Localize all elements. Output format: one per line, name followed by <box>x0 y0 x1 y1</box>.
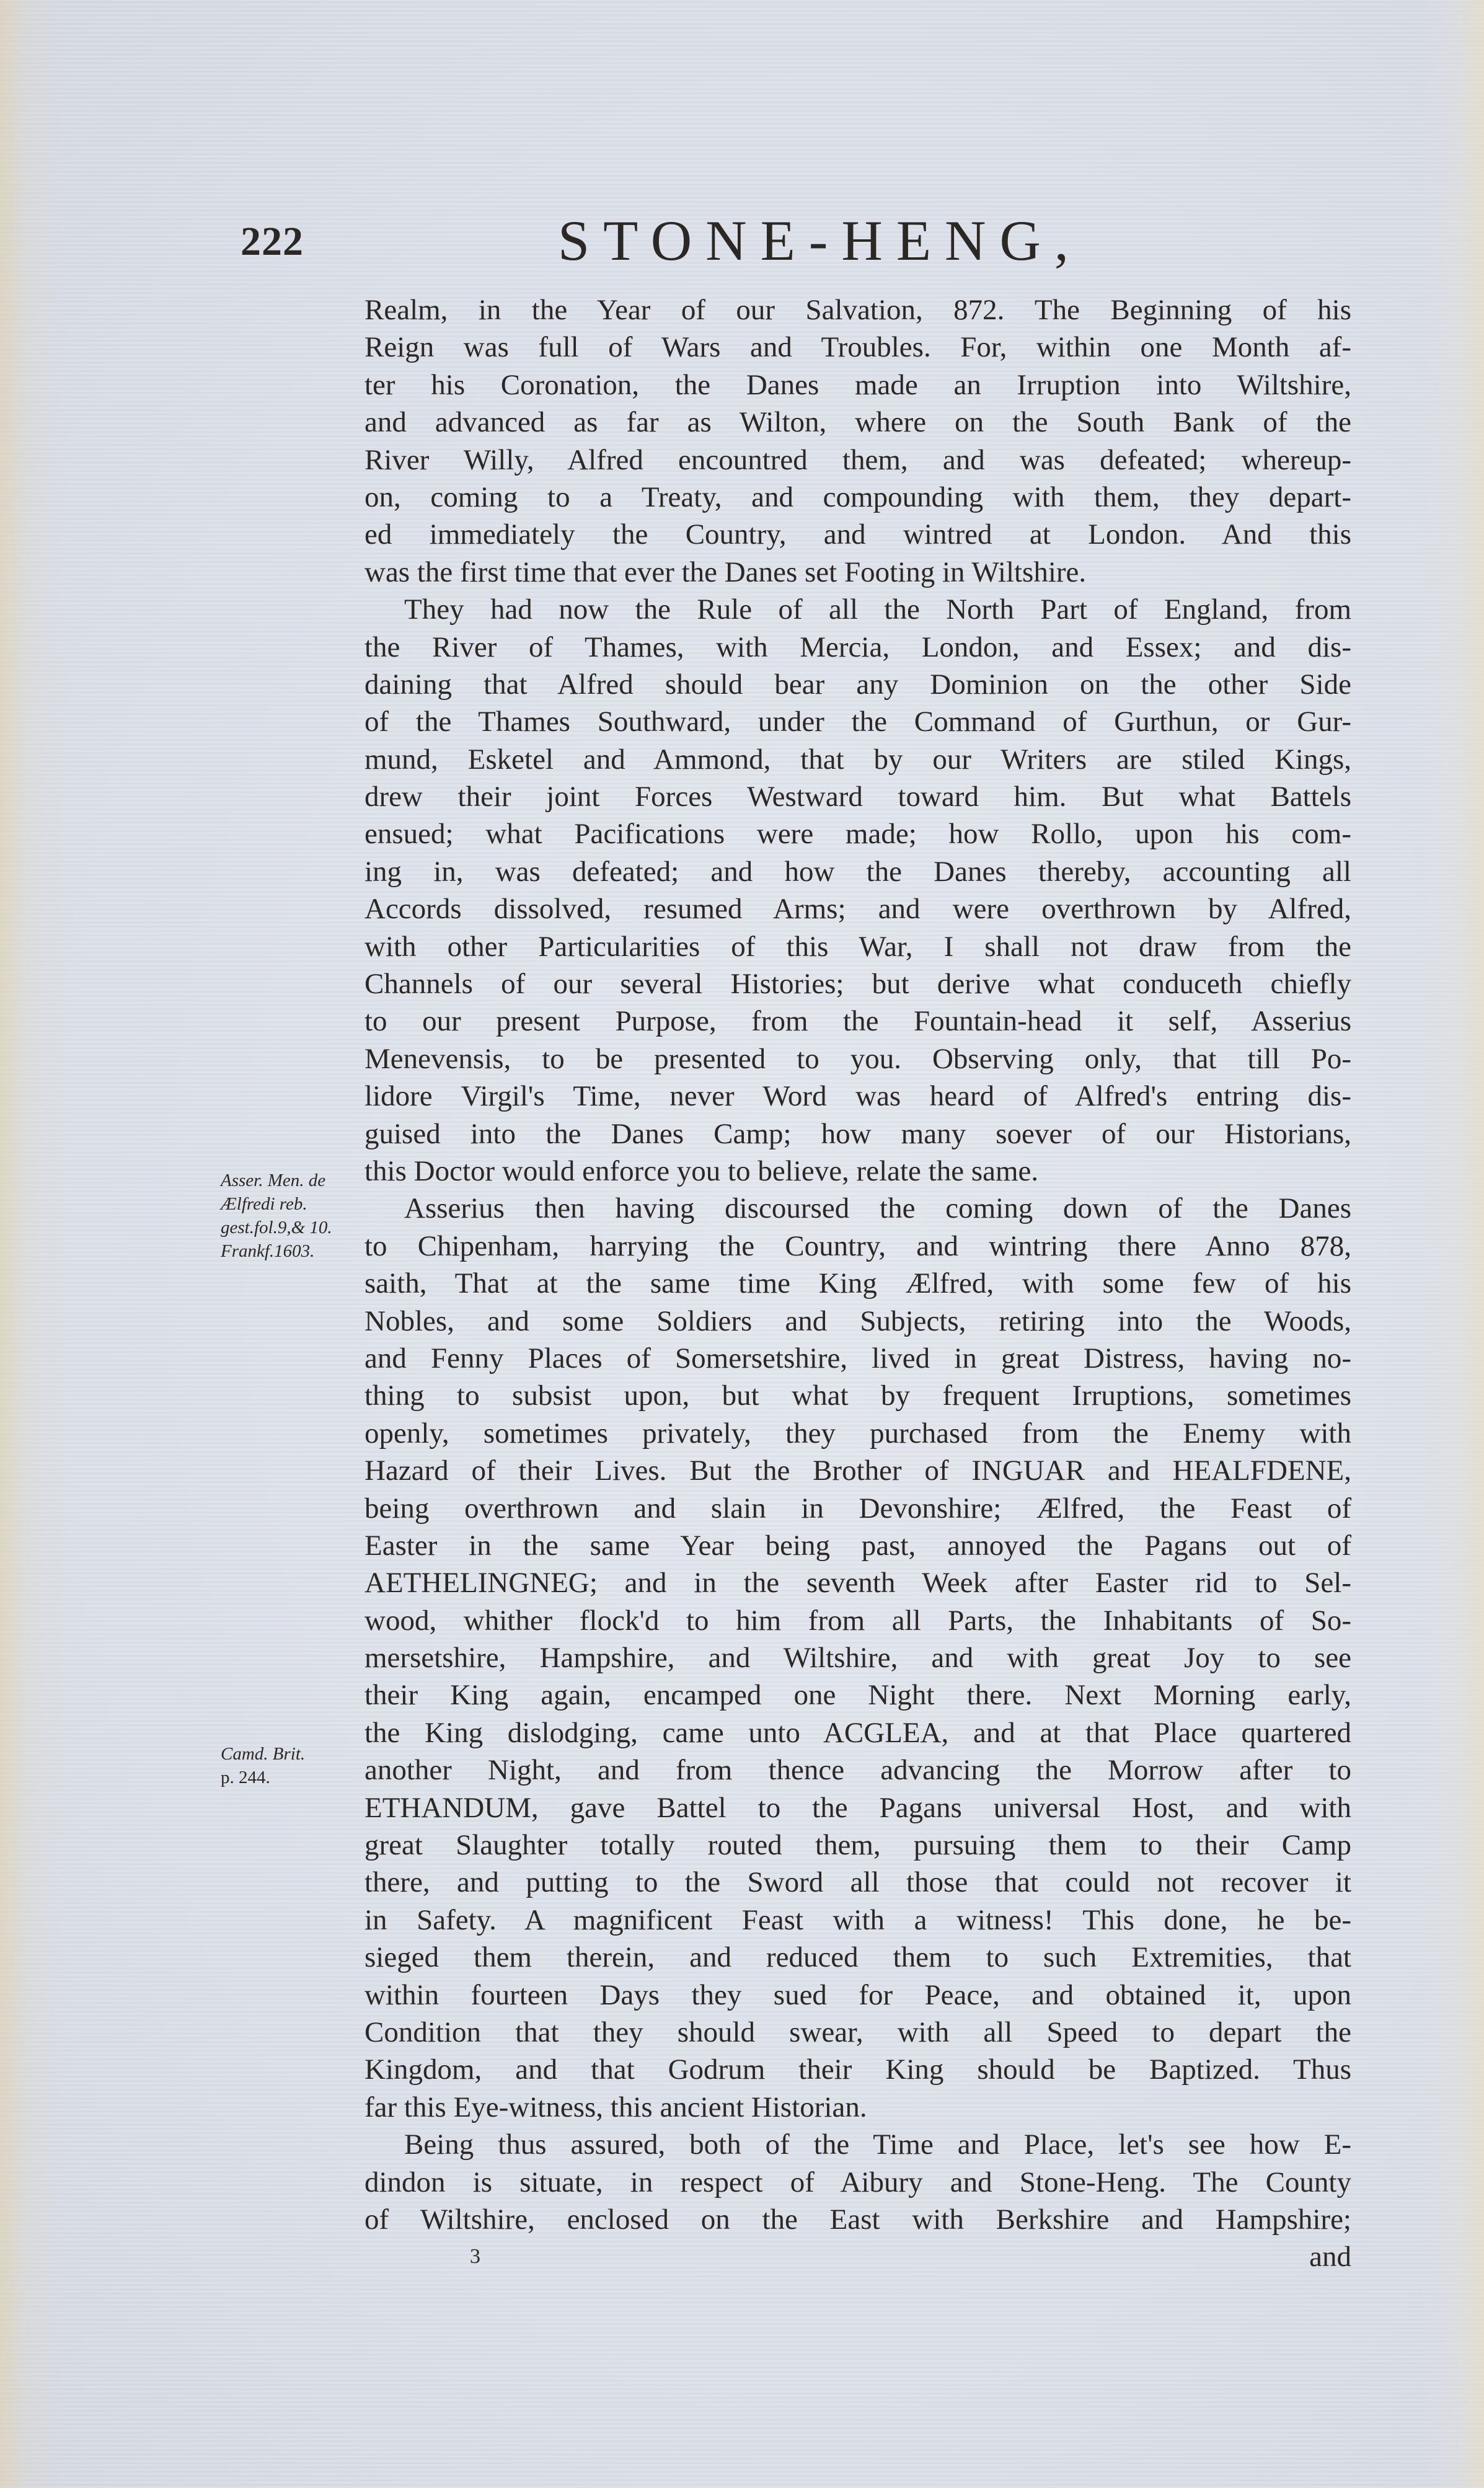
text-line: there, and putting to the Sword all thos… <box>364 1864 1351 1901</box>
text-line: Channels of our several Histories; but d… <box>364 965 1351 1003</box>
catchword-line: 3 and <box>364 2238 1351 2275</box>
text-line: Reign was full of Wars and Troubles. For… <box>364 329 1351 366</box>
text-line: ing in, was defeated; and how the Danes … <box>364 853 1351 890</box>
margin-note-line: p. 244. <box>221 1766 363 1789</box>
text-line: Kingdom, and that Godrum their King shou… <box>364 2051 1351 2088</box>
paragraph-start-line: They had now the Rule of all the North P… <box>364 591 1351 628</box>
text-line: and Fenny Places of Somersetshire, lived… <box>364 1340 1351 1377</box>
text-line: mund, Esketel and Ammond, that by our Wr… <box>364 741 1351 778</box>
margin-note-line: Frankf.1603. <box>221 1239 363 1263</box>
text-line: of Wiltshire, enclosed on the East with … <box>364 2201 1351 2238</box>
text-line: Realm, in the Year of our Salvation, 872… <box>364 291 1351 329</box>
text-line: another Night, and from thence advancing… <box>364 1751 1351 1789</box>
text-line: their King again, encamped one Night the… <box>364 1676 1351 1714</box>
text-line: of the Thames Southward, under the Comma… <box>364 703 1351 740</box>
paragraph-start-line: Asserius then having discoursed the comi… <box>364 1190 1351 1227</box>
text-line: the River of Thames, with Mercia, London… <box>364 629 1351 666</box>
margin-note-line: gest.fol.9,& 10. <box>221 1216 363 1239</box>
text-line: drew their joint Forces Westward toward … <box>364 778 1351 815</box>
text-line: this Doctor would enforce you to believe… <box>364 1153 1351 1190</box>
text-line: and advanced as far as Wilton, where on … <box>364 404 1351 441</box>
text-line: within fourteen Days they sued for Peace… <box>364 1977 1351 2014</box>
text-line: Condition that they should swear, with a… <box>364 2014 1351 2051</box>
text-line: being overthrown and slain in Devonshire… <box>364 1490 1351 1527</box>
text-line: Menevensis, to be presented to you. Obse… <box>364 1040 1351 1078</box>
body-text: Realm, in the Year of our Salvation, 872… <box>364 291 1351 2276</box>
text-line: Hazard of their Lives. But the Brother o… <box>364 1452 1351 1489</box>
text-line: in Safety. A magnificent Feast with a wi… <box>364 1901 1351 1939</box>
text-line: ter his Coronation, the Danes made an Ir… <box>364 366 1351 404</box>
text-line: to our present Purpose, from the Fountai… <box>364 1003 1351 1040</box>
text-line: Accords dissolved, resumed Arms; and wer… <box>364 890 1351 927</box>
margin-note-line: Camd. Brit. <box>221 1742 363 1766</box>
text-line: to Chipenham, harrying the Country, and … <box>364 1228 1351 1265</box>
text-line: saith, That at the same time King Ælfred… <box>364 1265 1351 1302</box>
text-line: with other Particularities of this War, … <box>364 928 1351 965</box>
margin-note-line: Ælfredi reb. <box>221 1192 363 1216</box>
text-line: wood, whither flock'd to him from all Pa… <box>364 1602 1351 1639</box>
text-line: dindon is situate, in respect of Aibury … <box>364 2164 1351 2201</box>
text-line: thing to subsist upon, but what by frequ… <box>364 1377 1351 1414</box>
text-line: lidore Virgil's Time, never Word was hea… <box>364 1078 1351 1115</box>
text-line: Nobles, and some Soldiers and Subjects, … <box>364 1303 1351 1340</box>
text-line: sieged them therein, and reduced them to… <box>364 1939 1351 1976</box>
margin-note-line: Asser. Men. de <box>221 1169 363 1192</box>
page-number: 222 <box>241 218 304 265</box>
text-line: ETHANDUM, gave Battel to the Pagans univ… <box>364 1789 1351 1826</box>
text-line: ensued; what Pacifications were made; ho… <box>364 815 1351 852</box>
text-line: the King dislodging, came unto ACGLEA, a… <box>364 1714 1351 1751</box>
text-line: openly, sometimes privately, they purcha… <box>364 1415 1351 1452</box>
paragraph-start-line: Being thus assured, both of the Time and… <box>364 2126 1351 2163</box>
running-head: STONE-HENG, <box>558 208 1082 273</box>
text-line: ed immediately the Country, and wintred … <box>364 516 1351 553</box>
text-line: daining that Alfred should bear any Domi… <box>364 666 1351 703</box>
text-line: guised into the Danes Camp; how many soe… <box>364 1115 1351 1153</box>
text-line: on, coming to a Treaty, and compounding … <box>364 479 1351 516</box>
signature-mark: 3 <box>470 2238 480 2275</box>
text-line: mersetshire, Hampshire, and Wiltshire, a… <box>364 1639 1351 1676</box>
margin-note-camden: Camd. Brit. p. 244. <box>221 1742 363 1789</box>
text-line: Easter in the same Year being past, anno… <box>364 1527 1351 1564</box>
text-line: River Willy, Alfred encountred them, and… <box>364 441 1351 479</box>
text-line: far this Eye-witness, this ancient Histo… <box>364 2089 1351 2126</box>
catchword: and <box>1309 2241 1351 2273</box>
text-line: was the first time that ever the Danes s… <box>364 554 1351 591</box>
text-line: great Slaughter totally routed them, pur… <box>364 1826 1351 1864</box>
margin-note-asser: Asser. Men. de Ælfredi reb. gest.fol.9,&… <box>221 1169 363 1263</box>
text-line: AETHELINGNEG; and in the seventh Week af… <box>364 1564 1351 1601</box>
